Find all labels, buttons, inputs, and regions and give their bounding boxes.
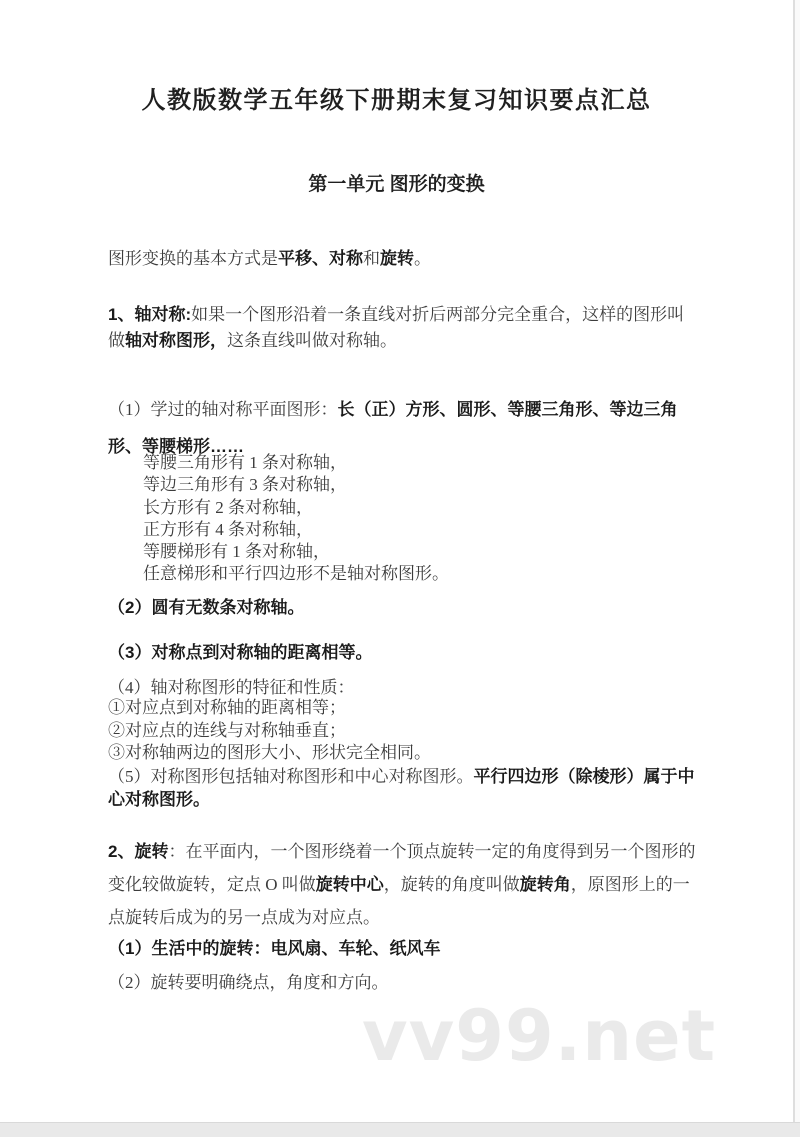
text-run: 1、轴对称: bbox=[108, 305, 191, 324]
list-item: 等腰梯形有 1 条对称轴， bbox=[143, 541, 703, 563]
text-run: 旋转 bbox=[380, 249, 414, 268]
list-item: 正方形有 4 条对称轴， bbox=[143, 519, 703, 541]
rotation-examples-line: （1）生活中的旋转：电风扇、车轮、纸风车 bbox=[108, 936, 700, 961]
page-right-margin-sliver bbox=[795, 0, 800, 1122]
page-bottom-strip bbox=[0, 1122, 800, 1137]
features-list: ①对应点到对称轴的距离相等； ②对应点的连线与对称轴垂直； ③对称轴两边的图形大… bbox=[108, 697, 700, 765]
text-run: 平移、对称 bbox=[278, 249, 363, 268]
rotation-requirements-line: （2）旋转要明确绕点，角度和方向。 bbox=[108, 970, 700, 995]
text-run: 和 bbox=[363, 249, 380, 268]
text-run: ，旋转的角度叫做 bbox=[384, 875, 520, 894]
text-run: 轴对称图形， bbox=[125, 331, 227, 350]
document-page: 人教版数学五年级下册期末复习知识要点汇总 第一单元 图形的变换 图形变换的基本方… bbox=[0, 0, 793, 1122]
point-central-symmetry-paragraph: （5）对称图形包括轴对称图形和中心对称图形。平行四边形（除棱形）属于中心对称图形… bbox=[108, 765, 700, 811]
section-heading: 第一单元 图形的变换 bbox=[0, 169, 793, 196]
document-title: 人教版数学五年级下册期末复习知识要点汇总 bbox=[0, 80, 793, 115]
intro-paragraph: 图形变换的基本方式是平移、对称和旋转。 bbox=[108, 246, 700, 271]
axis-symmetry-definition-paragraph: 1、轴对称:如果一个图形沿着一条直线对折后两部分完全重合，这样的图形叫做轴对称图… bbox=[108, 302, 700, 353]
text-run: 旋转中心 bbox=[316, 875, 384, 894]
list-item: ①对应点到对称轴的距离相等； bbox=[108, 697, 700, 720]
text-run: 。 bbox=[414, 249, 431, 268]
text-run: （5）对称图形包括轴对称图形和中心对称图形。 bbox=[108, 767, 474, 786]
text-run: 旋转角 bbox=[520, 875, 571, 894]
point-circle-axes: （2）圆有无数条对称轴。 bbox=[108, 595, 700, 620]
list-item: 等腰三角形有 1 条对称轴， bbox=[143, 452, 703, 474]
list-item: 长方形有 2 条对称轴， bbox=[143, 497, 703, 519]
text-run: （1）学过的轴对称平面图形： bbox=[108, 400, 338, 419]
rotation-definition-paragraph: 2、旋转：在平面内，一个图形绕着一个顶点旋转一定的角度得到另一个图形的变化较做旋… bbox=[108, 835, 700, 934]
list-item: ②对应点的连线与对称轴垂直； bbox=[108, 720, 700, 743]
text-run: 这条直线叫做对称轴。 bbox=[227, 331, 397, 350]
list-item: ③对称轴两边的图形大小、形状完全相同。 bbox=[108, 742, 700, 765]
watermark: vv99.net bbox=[362, 995, 716, 1077]
text-run: 2、旋转 bbox=[108, 842, 168, 861]
point-distance-equal: （3）对称点到对称轴的距离相等。 bbox=[108, 640, 700, 665]
document-viewport: 人教版数学五年级下册期末复习知识要点汇总 第一单元 图形的变换 图形变换的基本方… bbox=[0, 0, 800, 1137]
symmetry-axis-count-list: 等腰三角形有 1 条对称轴， 等边三角形有 3 条对称轴， 长方形有 2 条对称… bbox=[143, 452, 703, 586]
text-run: 图形变换的基本方式是 bbox=[108, 249, 278, 268]
list-item: 等边三角形有 3 条对称轴， bbox=[143, 474, 703, 496]
list-item: 任意梯形和平行四边形不是轴对称图形。 bbox=[143, 563, 703, 585]
